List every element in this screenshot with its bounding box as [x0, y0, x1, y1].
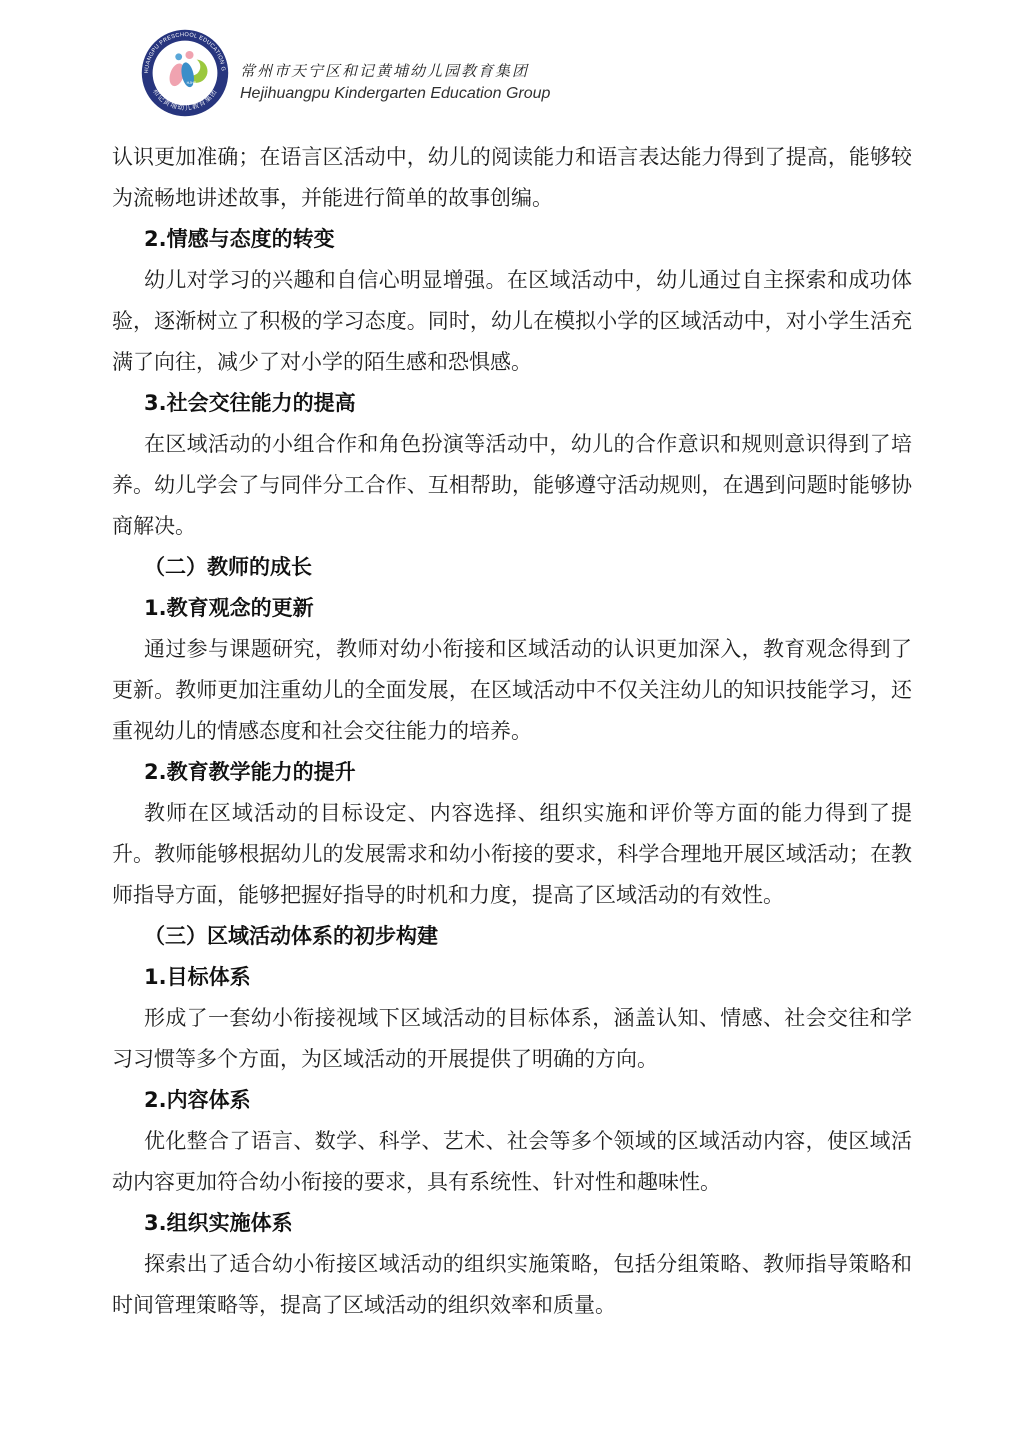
document-page: HEJI HUANGPU PRESCHOOL EDUCATION GROUP 和… — [0, 0, 1024, 1448]
letterhead: HEJI HUANGPU PRESCHOOL EDUCATION GROUP 和… — [140, 28, 550, 118]
section-heading: （二）教师的成长 — [112, 547, 912, 588]
paragraph: 幼儿对学习的兴趣和自信心明显增强。在区域活动中，幼儿通过自主探索和成功体验，逐渐… — [112, 260, 912, 383]
document-body: 认识更加准确；在语言区活动中，幼儿的阅读能力和语言表达能力得到了提高，能够较为流… — [112, 137, 912, 1326]
numbered-heading: 1.目标体系 — [112, 957, 912, 998]
logo-blue-head — [175, 53, 182, 60]
org-name-chinese: 常州市天宁区和记黄埔幼儿园教育集团 — [240, 61, 550, 81]
section-heading: （三）区域活动体系的初步构建 — [112, 916, 912, 957]
org-names: 常州市天宁区和记黄埔幼儿园教育集团 Hejihuangpu Kindergart… — [240, 28, 550, 105]
org-name-english: Hejihuangpu Kindergarten Education Group — [240, 83, 550, 105]
numbered-heading: 3.社会交往能力的提高 — [112, 383, 912, 424]
numbered-heading: 1.教育观念的更新 — [112, 588, 912, 629]
paragraph: 教师在区域活动的目标设定、内容选择、组织实施和评价等方面的能力得到了提升。教师能… — [112, 793, 912, 916]
numbered-heading: 2.情感与态度的转变 — [112, 219, 912, 260]
paragraph: 形成了一套幼小衔接视域下区域活动的目标体系，涵盖认知、情感、社会交往和学习习惯等… — [112, 998, 912, 1080]
paragraph: 通过参与课题研究，教师对幼小衔接和区域活动的认识更加深入，教育观念得到了更新。教… — [112, 629, 912, 752]
logo-monogram: HJHP — [187, 81, 197, 85]
numbered-heading: 2.内容体系 — [112, 1080, 912, 1121]
paragraph: 优化整合了语言、数学、科学、艺术、社会等多个领域的区域活动内容，使区域活动内容更… — [112, 1121, 912, 1203]
org-logo-icon: HEJI HUANGPU PRESCHOOL EDUCATION GROUP 和… — [140, 28, 230, 118]
numbered-heading: 3.组织实施体系 — [112, 1203, 912, 1244]
paragraph: 探索出了适合幼小衔接区域活动的组织实施策略，包括分组策略、教师指导策略和时间管理… — [112, 1244, 912, 1326]
numbered-heading: 2.教育教学能力的提升 — [112, 752, 912, 793]
logo-pink-head — [185, 51, 193, 59]
paragraph: 认识更加准确；在语言区活动中，幼儿的阅读能力和语言表达能力得到了提高，能够较为流… — [112, 137, 912, 219]
paragraph: 在区域活动的小组合作和角色扮演等活动中，幼儿的合作意识和规则意识得到了培养。幼儿… — [112, 424, 912, 547]
